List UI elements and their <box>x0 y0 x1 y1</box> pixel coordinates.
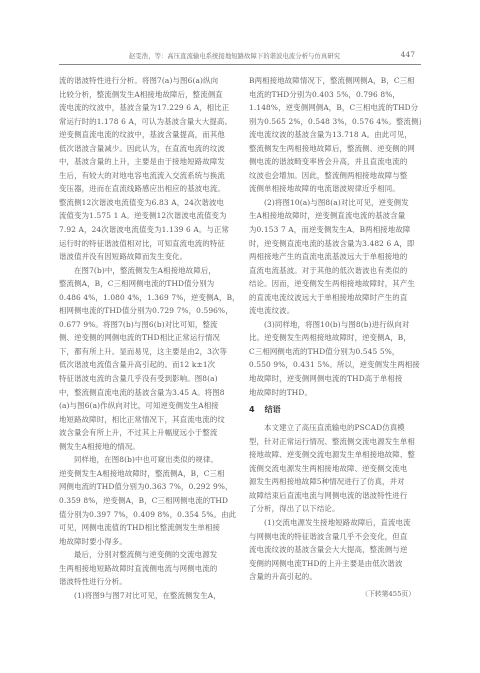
text-line: 了分析，得出了以下结论。 <box>249 502 421 516</box>
text-line: 结论。因而，逆变侧发生两相接地故障时，其产生 <box>249 277 421 291</box>
text-line: 两相接地产生的直流电流基波远大于单相接地的 <box>249 250 421 264</box>
text-line: 运行时的特征谐波值相对比，可知直流电流的特征 <box>59 237 236 251</box>
text-line: 变压器，进而在直流线路感应出相应的基波电流。 <box>59 182 236 196</box>
text-line: 侧电流的谐波畸变率皆会升高，并且直流电流的 <box>249 155 421 169</box>
text-line: (1)将图9与图7对比可见，在整流侧发生A， <box>59 589 236 603</box>
right-column-body-after: 本文建立了高压直流输电的PSCAD仿真模型，针对正常运行情况、整流侧交流电源发生… <box>249 421 421 584</box>
text-line: 整流侧12次谐波电流值变为6.83 A，24次谐波电 <box>59 196 236 210</box>
running-title: 赵雯浩，等：高压直流输电系统接地短路故障下的谐波电流分析与仿真研究 <box>129 51 340 60</box>
text-line: 整流侧A，B，C三相网侧电流的THD值分别为 <box>59 277 236 291</box>
text-line: 流的谐波特性进行分析。将图7(a)与图6(a)纵向 <box>59 74 236 88</box>
text-line: 常运行时的1.178 6 A，可认为基波含量大大提高。 <box>59 115 236 129</box>
text-line: 在图7(b)中，整流侧发生A相接地故障后， <box>59 264 236 278</box>
text-line: 纹波也会增加。因此，整流侧两相接地故障与整 <box>249 169 421 183</box>
text-line: 生两相接地短路故障时直流侧电流与网侧电流的 <box>59 562 236 576</box>
text-line: 电流的THD分别为0.403 5%，0.796 8%， <box>249 88 421 102</box>
text-line: 0.359 8%，逆变侧A，B，C三相网侧电流的THD <box>59 494 236 508</box>
text-line: 可见，网侧电流值的THD相比整流侧发生单相接 <box>59 521 236 535</box>
text-line: 故障结束后直流电流与网侧电流的谐波特性进行 <box>249 489 421 503</box>
text-line: 为0.153 7 A，而逆变侧发生A、B两相接地故障 <box>249 223 421 237</box>
text-line: (3)同样地，将图10(b)与图8(b)进行纵向对 <box>249 318 421 332</box>
text-line: 下，都有所上升。显而易见，这主要是由2，3次等 <box>59 345 236 359</box>
text-line: 侧、逆变侧的网侧电流的THD相比正常运行情况 <box>59 331 236 345</box>
text-line: 源发生两相接地故障5种情况进行了仿真，并对 <box>249 475 421 489</box>
text-line: 逆变侧直流电流的纹波中，基波含量提高，而其他 <box>59 128 236 142</box>
header-rule <box>59 64 421 65</box>
text-line: 特征谐波电流的含量几乎没有受到影响。图8(a) <box>59 372 236 386</box>
text-line: 低次谐波含量减少。因此认为，在直流电流的纹波 <box>59 142 236 156</box>
text-line: 流侧单相接地故障的电流谐波规律近乎相同。 <box>249 182 421 196</box>
text-line: 侧发生A相接地的情况。 <box>59 440 236 454</box>
text-line: 流电流纹波。 <box>249 304 421 318</box>
text-line: 的直流电流纹波远大于单相接地故障时产生的直 <box>249 291 421 305</box>
text-line: 比较分析，整流侧发生A相接地故障后，整流侧直 <box>59 88 236 102</box>
text-line: 同样地，在图8(b)中也可窥出类似的规律。 <box>59 453 236 467</box>
text-line: 相网侧电流的THD值分别为0.729 7%，0.596%， <box>59 304 236 318</box>
text-line: 地短路故障时，相比正常情况下，其直流电流的纹 <box>59 413 236 427</box>
page-number: 447 <box>401 50 415 59</box>
text-line: 0.486 4%，1.080 4%，1.369 7%，逆变侧A，B，C三 <box>59 291 236 305</box>
text-line: 流侧交流电源发生两相接地故障、逆变侧交流电 <box>249 462 421 476</box>
text-line: 接地故障、逆变侧交流电源发生单相接地故障、整 <box>249 448 421 462</box>
text-line: 逆变侧发生A相接地故障时，整流侧A，B，C三相 <box>59 467 236 481</box>
text-line: 含量的升高引起的。 <box>249 570 421 584</box>
text-line: 0.677 9%。将图7(b)与图6(b)对比可知，整流 <box>59 318 236 332</box>
text-line: C三相网侧电流的THD值分别为0.545 5%， <box>249 345 421 359</box>
text-line: 谐波值并没有因短路故障而发生变化。 <box>59 250 236 264</box>
text-line: 整流侧发生两相接地故障后，整流侧、逆变侧的网 <box>249 142 421 156</box>
text-line: 网侧电流的THD值分别为0.363 7%，0.292 9%， <box>59 480 236 494</box>
text-line: 流电流的纹波中，基波含量为17.229 6 A，相比正 <box>59 101 236 115</box>
text-line: 直流电流基波。对于其他的低次谐波也有类似的 <box>249 264 421 278</box>
text-line: 与网侧电流的特征谐波含量几乎不会变化，但直 <box>249 530 421 544</box>
text-line: 比。逆变侧发生两相接地故障时，逆变侧A，B， <box>249 331 421 345</box>
text-line: 地故障时的THD。 <box>249 386 421 400</box>
text-line: 生后，有较大的对地电容电流流入交流系统与换流 <box>59 169 236 183</box>
section-number: 4 <box>249 405 255 414</box>
text-line: (a)与图6(a)作纵向对比，可知逆变侧发生A相接 <box>59 399 236 413</box>
text-line: 7.92 A，24次谐波电流值变为1.139 6 A。与正常 <box>59 223 236 237</box>
text-line: 变侧的网侧电流THD的上升主要是由低次谐波 <box>249 557 421 571</box>
text-line: 低次谐波电流值含量升高引起的。而12 k±1次 <box>59 358 236 372</box>
text-line: 流电流纹波的基波含量为13.718 A。由此可见， <box>249 128 421 142</box>
right-column: B两相接地故障情况下，整流侧网侧A，B，C三相电流的THD分别为0.403 5%… <box>249 74 421 601</box>
text-line: B两相接地故障情况下，整流侧网侧A，B，C三相 <box>249 74 421 88</box>
text-line: 地故障时要小得多。 <box>59 535 236 549</box>
right-column-body-before: B两相接地故障情况下，整流侧网侧A，B，C三相电流的THD分别为0.403 5%… <box>249 74 421 399</box>
text-line: 中，整流侧直流电流的基波含量为3.45 A。将图8 <box>59 386 236 400</box>
text-line: 最后，分别对整流侧与逆变侧的交流电源发 <box>59 548 236 562</box>
left-column: 流的谐波特性进行分析。将图7(a)与图6(a)纵向比较分析，整流侧发生A相接地故… <box>59 74 236 602</box>
text-line: 流电流纹波的基波含量会大大提高，整流侧与逆 <box>249 543 421 557</box>
section-heading: 4结语 <box>249 399 421 421</box>
text-line: 0.550 9%，0.431 5%。所以，逆变侧发生两相接 <box>249 358 421 372</box>
text-line: 时，逆变侧直流电流的基波含量为3.482 6 A，即 <box>249 237 421 251</box>
text-line: 波含量会有所上升，不过其上升幅度远小于整流 <box>59 426 236 440</box>
text-line: (2)将图10(a)与图8(a)对比可见，逆变侧发 <box>249 196 421 210</box>
text-line: 别为0.565 2%，0.548 3%，0.576 4%。整流侧直 <box>249 115 421 129</box>
text-line: 1.148%，逆变侧网侧A，B，C三相电流的THD分 <box>249 101 421 115</box>
text-line: 地故障时，逆变侧网侧电流的THD高于单相接 <box>249 372 421 386</box>
text-line: (1)交流电源发生接地短路故障后，直流电流 <box>249 516 421 530</box>
text-line: 值分别为0.397 7%，0.409 8%，0.354 5%。由此 <box>59 508 236 522</box>
text-line: 谐波特性进行分析。 <box>59 575 236 589</box>
text-line: 生A相接地故障时，逆变侧直流电流的基波含量 <box>249 209 421 223</box>
section-title: 结语 <box>265 405 281 414</box>
continued-note: （下转第455页） <box>249 588 421 602</box>
text-line: 本文建立了高压直流输电的PSCAD仿真模 <box>249 421 421 435</box>
text-line: 流值变为1.575 1 A。逆变侧12次谐波电流值变为 <box>59 209 236 223</box>
text-line: 中，基波含量的上升，主要是由于接地短路故障发 <box>59 155 236 169</box>
running-header: 赵雯浩，等：高压直流输电系统接地短路故障下的谐波电流分析与仿真研究 447 <box>59 51 421 63</box>
text-line: 型，针对正常运行情况、整流侧交流电源发生单相 <box>249 435 421 449</box>
